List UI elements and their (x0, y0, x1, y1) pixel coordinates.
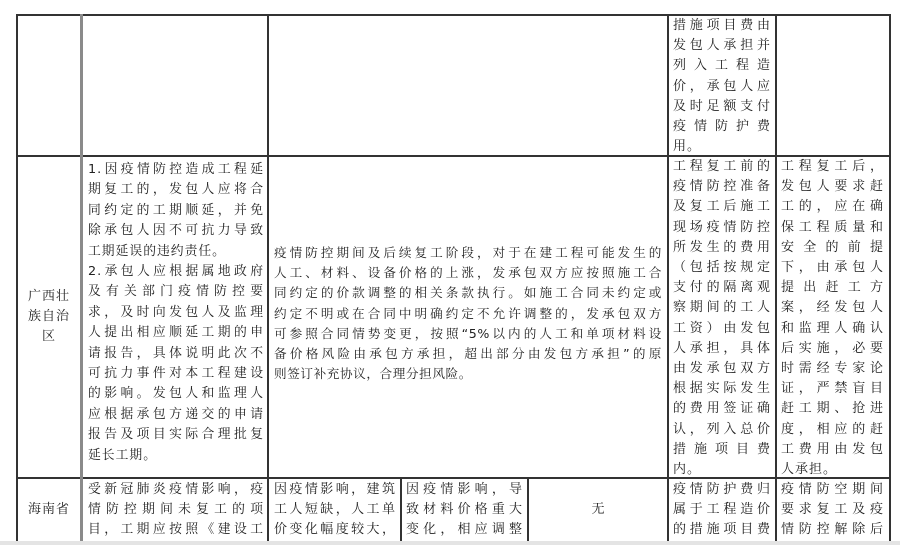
column-divider (775, 14, 777, 541)
text-line: 疫情防控期间及后续复工阶段，对于在建工程可能发生的 (274, 243, 662, 263)
text-line: 可参照合同情势变更，按照“5%以内的人工和单项材料设 (274, 324, 662, 344)
column-divider (667, 14, 669, 541)
text-line: 疫情防控准备 (673, 177, 771, 197)
text-line: 求，及时向发包人及监理 (88, 303, 264, 323)
column-divider (267, 14, 269, 541)
text-line: 时需经专家论 (781, 359, 884, 379)
text-line: 价，承包人应 (673, 77, 771, 97)
text-line: 列入工程造 (673, 56, 771, 76)
text-line: 所发生的费用 (673, 238, 771, 258)
text-line: 赶工期、抢进 (781, 399, 884, 419)
text-line: 情防控解除后 (781, 520, 884, 540)
text-line: 察期间的工人 (673, 298, 771, 318)
text-line: 措施项目费 (673, 440, 771, 460)
column-divider (80, 14, 83, 541)
table-right-border (889, 14, 891, 541)
text-line: 致材料价格重大 (406, 500, 523, 520)
schedule-cell-hainan: 受新冠肺炎疫情影响，疫 情防控期间未复工的项 目，工期应按照《建设工 (88, 480, 264, 541)
text-line: 和监理人确认 (781, 319, 884, 339)
text-line: 报告及项目实际合理批复 (88, 425, 264, 445)
region-cell-hainan: 海南省 (18, 479, 80, 541)
text-line: 工的，应在确 (781, 197, 884, 217)
text-line: 发包人承担并 (673, 36, 771, 56)
text-line: 由发承包双方 (673, 359, 771, 379)
material-cell-hainan: 因疫情影响，导 致材料价格重大 变化，相应调整 (406, 480, 523, 541)
text-line: 发包人要求赶 (781, 177, 884, 197)
cost-cell-guangxi: 工程复工前的 疫情防控准备 及复工后施工 现场疫情防控 所发生的费用 （包括按规… (673, 157, 771, 480)
page-bottom-edge (0, 541, 900, 545)
text-line: 根据实际发生 (673, 379, 771, 399)
text-line: 现场疫情防控 (673, 218, 771, 238)
text-line: 提出赶工方 (781, 278, 884, 298)
text-line: 及时足额支付 (673, 97, 771, 117)
text-line: 则签订补充协议，合理分担风险。 (274, 364, 662, 384)
text-line: 期复工的，发包人应将合 (88, 180, 264, 200)
text-line: 的措施项目费 (673, 520, 771, 540)
text-line: 措施项目费由 (673, 16, 771, 36)
text-line: 工人短缺，人工单 (274, 500, 396, 520)
region-name-line: 族自治 (28, 307, 70, 327)
text-line: 工程复工后， (781, 157, 884, 177)
text-line: 延长工期。 (88, 446, 264, 466)
text-line: 属于工程造价 (673, 500, 771, 520)
text-line: 除承包人因不可抗力导致 (88, 221, 264, 241)
text-line: 疫情防护费归 (673, 480, 771, 500)
text-line: 工程复工前的 (673, 157, 771, 177)
text-line: 认，列入总价 (673, 420, 771, 440)
prev-row-cost-cell: 措施项目费由 发包人承担并 列入工程造 价，承包人应 及时足额支付 疫情防护费 … (673, 16, 771, 157)
text-line: 可抗力事件对本工程建设 (88, 364, 264, 384)
text-line: 备价格风险由承包方承担，超出部分由发包方承担”的原 (274, 344, 662, 364)
text-line: 内。 (673, 460, 771, 480)
text-line: 变化，相应调整 (406, 520, 523, 540)
text-line: 2.承包人应根据属地政府 (88, 262, 264, 282)
text-line: 同约定的工期顺延，并免 (88, 201, 264, 221)
text-line: 及复工后施工 (673, 197, 771, 217)
text-line: 案，经发包人 (781, 298, 884, 318)
column-divider (400, 477, 402, 541)
text-line: 人承担，具体 (673, 339, 771, 359)
text-line: 安全的前提 (781, 238, 884, 258)
text-line: 同约定的价款调整的相关条款执行。如施工合同未约定或 (274, 283, 662, 303)
equipment-value: 无 (591, 500, 604, 520)
text-line: 下，由承包人 (781, 258, 884, 278)
cost-cell-hainan: 疫情防护费归 属于工程造价 的措施项目费 (673, 480, 771, 541)
text-line: 及有关部门疫情防控要 (88, 282, 264, 302)
text-line: 工资）由发包 (673, 319, 771, 339)
text-line: 约定不明或在合同中明确约定不允许调整的，发承包双方 (274, 304, 662, 324)
text-line: 因疫情影响，建筑 (274, 480, 396, 500)
text-line: 的影响。发包人和监理人 (88, 384, 264, 404)
text-line: 用。 (673, 137, 771, 157)
text-line: 的费用签证确 (673, 399, 771, 419)
text-line: 证，严禁盲目 (781, 379, 884, 399)
text-line: 人承担。 (781, 460, 884, 480)
text-line: 度，相应的赶 (781, 420, 884, 440)
text-line: 保工程质量和 (781, 218, 884, 238)
equipment-cell-hainan: 无 (529, 479, 667, 541)
text-line: 后实施，必要 (781, 339, 884, 359)
text-line: 因疫情影响，导 (406, 480, 523, 500)
text-line: 受新冠肺炎疫情影响，疫 (88, 480, 264, 500)
region-name-line: 区 (42, 327, 56, 347)
region-name-line: 广西壮 (28, 287, 70, 307)
text-line: （包括按规定 (673, 258, 771, 278)
rush-work-cell-hainan: 疫情防空期间 要求复工及疫 情防控解除后 (781, 480, 884, 541)
text-line: 价变化幅度较大， (274, 520, 396, 540)
text-line: 人工、材料、设备价格的上涨，发承包双方应按照施工合 (274, 263, 662, 283)
price-adjustment-cell-guangxi: 疫情防控期间及后续复工阶段，对于在建工程可能发生的 人工、材料、设备价格的上涨，… (274, 243, 662, 384)
document-page: 措施项目费由 发包人承担并 列入工程造 价，承包人应 及时足额支付 疫情防护费 … (0, 0, 900, 541)
text-line: 人提出相应顺延工期的申 (88, 323, 264, 343)
text-line: 应根据承包方递交的申请 (88, 405, 264, 425)
text-line: 情防控期间未复工的项 (88, 500, 264, 520)
text-line: 支付的隔离观 (673, 278, 771, 298)
labor-cell-hainan: 因疫情影响，建筑 工人短缺，人工单 价变化幅度较大， (274, 480, 396, 541)
text-line: 目，工期应按照《建设工 (88, 520, 264, 540)
text-line: 工期延误的违约责任。 (88, 242, 264, 262)
region-name: 海南省 (28, 500, 70, 520)
rush-work-cell-guangxi: 工程复工后， 发包人要求赶 工的，应在确 保工程质量和 安全的前提 下，由承包人… (781, 157, 884, 480)
text-line: 1.因疫情防控造成工程延 (88, 160, 264, 180)
text-line: 要求复工及疫 (781, 500, 884, 520)
region-cell-guangxi: 广西壮 族自治 区 (18, 157, 80, 477)
text-line: 疫情防空期间 (781, 480, 884, 500)
text-line: 请报告，具体说明此次不 (88, 344, 264, 364)
text-line: 疫情防护费 (673, 117, 771, 137)
schedule-cell-guangxi: 1.因疫情防控造成工程延 期复工的，发包人应将合 同约定的工期顺延，并免 除承包… (88, 160, 264, 466)
text-line: 工费用由发包 (781, 440, 884, 460)
